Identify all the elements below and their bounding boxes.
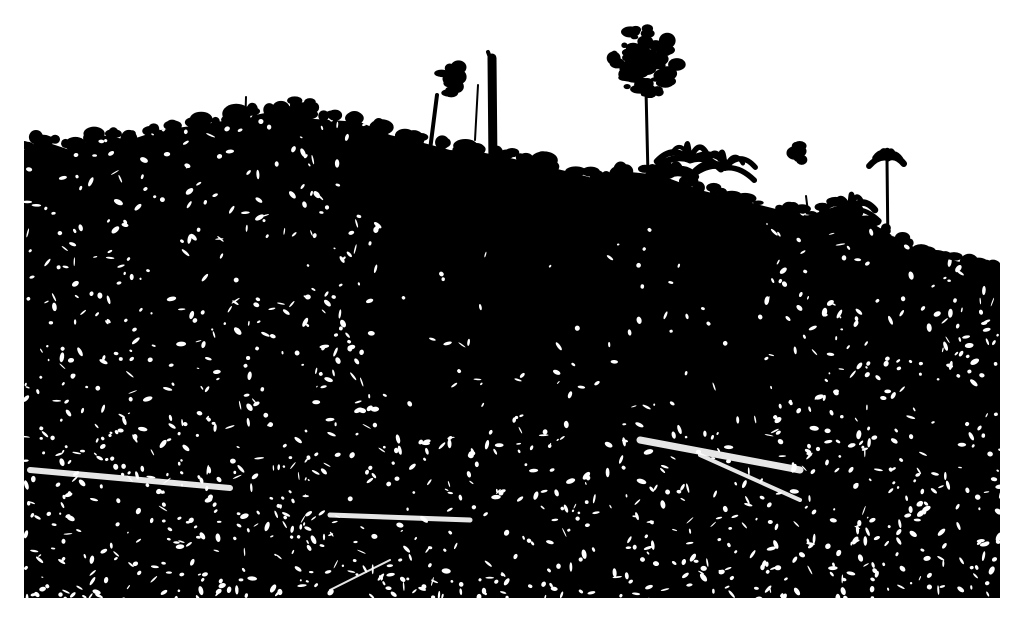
- hillside-photo: [0, 0, 1024, 621]
